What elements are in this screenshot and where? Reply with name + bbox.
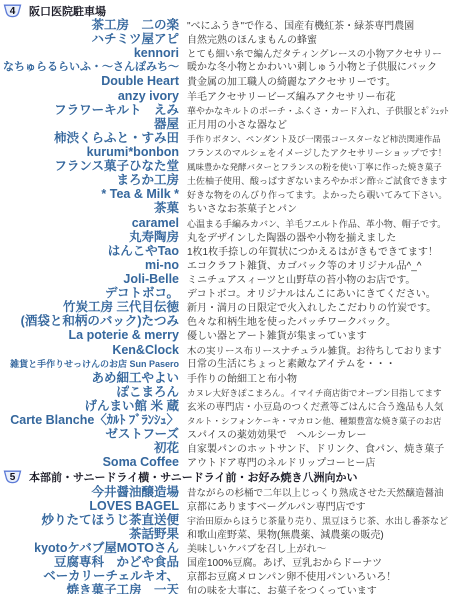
vendor-row: Double Heart 貴金属の加工職人の綺麗なアクセサリーです。	[3, 74, 449, 88]
vendor-rows: 茶工房 二の楽 "べにふうき"で作る、国産有機紅茶・緑茶専門農園 ハチミツ屋アピ…	[3, 18, 449, 470]
vendor-name: げんまい館 米 蔵	[3, 399, 179, 413]
vendor-name: Soma Coffee	[3, 455, 179, 469]
vendor-row: anzy ivory 羊毛アクセサリービーズ編みアクセサリー布花	[3, 89, 449, 103]
vendor-description: 新月・満月の日限定で火入れしたこだわりの竹炭です。	[187, 302, 436, 316]
vendor-description: 1枚1枚手捺しの年賀状につかえるはがきもできてます！	[187, 246, 438, 260]
vendor-name: 柿渋くらふと・すみ田	[3, 131, 179, 145]
svg-text:5: 5	[10, 472, 16, 483]
vendor-description: ミニチュアスィーツと山野草の苔小物のお店です。	[187, 274, 415, 288]
vendor-name: 茶菓	[3, 201, 179, 215]
vendor-row: なちゅらるらいふ・～さんぽみち～ 暖かな冬小物とかわいい刺しゅう小物と子供服にバ…	[3, 60, 449, 74]
section-header: 4 阪口医院駐車場	[3, 3, 449, 18]
vendor-description: 優しい器とアート雑貨が集まっています	[187, 330, 367, 344]
vendor-section-4: 4 阪口医院駐車場 茶工房 二の楽 "べにふうき"で作る、国産有機紅茶・緑茶専門…	[3, 3, 449, 470]
section-title: 阪口医院駐車場	[29, 3, 106, 19]
vendor-name: kurumi*bonbon	[3, 145, 179, 159]
vendor-description: 美味しいケバブを召し上がれ～	[187, 543, 326, 557]
vendor-row: ベーカリーチェルキオ、 京都お豆腐メロンパン卵不使用パンいろいろ！	[3, 569, 449, 583]
vendor-row: 雑貨と手作りせっけんのお店 Sun Pasero 日常の生活にちょっと素敵なアイ…	[3, 357, 449, 371]
vendor-row: 茶菓 ちいさなお茶菓子とパン	[3, 201, 449, 215]
vendor-name: 炒りたてほうじ茶直送便	[3, 513, 179, 527]
vendor-row: kurumi*bonbon フランスのマルシェをイメージしたアクセサリーショップ…	[3, 145, 449, 159]
section-title: 本部前・サニードライ横・サニードライ前・お好み焼き八洲向かい	[29, 469, 357, 485]
vendor-name: フランス菓子ひなた堂	[3, 159, 179, 173]
vendor-row: caramel 心温まる手編みカバン、羊毛フエルト作品、革小物、帽子です。	[3, 216, 449, 230]
vendor-row: 豆腐専科 かどや食品 国産100%豆腐。あげ、豆乳おからドーナツ	[3, 555, 449, 569]
vendor-description: 風味豊かな発酵バターとフランスの粉を使い丁寧に作った焼き菓子	[187, 160, 442, 174]
vendor-row: Joli-Belle ミニチュアスィーツと山野草の苔小物のお店です。	[3, 272, 449, 286]
vendor-row: フランス菓子ひなた堂 風味豊かな発酵バターとフランスの粉を使い丁寧に作った焼き菓…	[3, 159, 449, 173]
vendor-description: 華やかなキルトのポーチ・ふくさ・カード入れ、子供服とﾎﾟｼｪｯﾄ	[187, 104, 448, 118]
vendor-description: 旬の味を大事に、お菓子をつくっています	[187, 585, 377, 594]
vendor-row: 茶話野果 和歌山産野菜、果物(無農薬、減農薬の販売)	[3, 527, 449, 541]
vendor-name: kennori	[3, 46, 179, 60]
vendor-name: caramel	[3, 216, 179, 230]
vendor-row: デコトボコ。 デコトボコ。オリジナルはんこにあいにきてください。	[3, 286, 449, 300]
vendor-rows: 今井醤油醸造場 昔ながらの杉桶で二年以上じっくり熟成させた天然醸造醤油 LOVE…	[3, 485, 449, 594]
vendor-row: ゼストフーズ スパイスの薬効効果で ヘルシーカレー	[3, 427, 449, 441]
vendor-row: 柿渋くらふと・すみ田 手作りボタン、ペンダント及び一閑張コースターなど柿渋関連作…	[3, 131, 449, 145]
vendor-description: 自家製パンのホットサンド、ドリンク、食パン、焼き菓子	[187, 443, 444, 457]
vendor-description: "べにふうき"で作る、国産有機紅茶・緑茶専門農園	[187, 20, 414, 34]
vendor-description: 丸をデザインした陶器の器や小物を揃えました	[187, 232, 396, 246]
vendor-name: 茶話野果	[3, 527, 179, 541]
vendor-row: mi-no エコクラフト雑貨、カゴバック等のオリジナル品^_^	[3, 258, 449, 272]
vendor-description: エコクラフト雑貨、カゴバック等のオリジナル品^_^	[187, 260, 421, 274]
vendor-row: 炒りたてほうじ茶直送便 宇治田原からほうじ茶量り売り、黒豆ほうじ茶、水出し番茶な…	[3, 513, 449, 527]
vendor-description: タルト・シフォンケーキ・マカロン他、種類豊富な焼き菓子のお店	[187, 414, 441, 428]
vendor-name: La poterie & merry	[3, 328, 179, 342]
vendor-section-5: 5 本部前・サニードライ横・サニードライ前・お好み焼き八洲向かい 今井醤油醸造場…	[3, 470, 449, 594]
vendor-row: 茶工房 二の楽 "べにふうき"で作る、国産有機紅茶・緑茶専門農園	[3, 18, 449, 32]
vendor-row: あめ細工やよい 手作りの飴細工と布小物	[3, 371, 449, 385]
vendor-name: Double Heart	[3, 74, 179, 88]
vendor-description: 宇治田原からほうじ茶量り売り、黒豆ほうじ茶、水出し番茶など	[187, 514, 448, 528]
section-header: 5 本部前・サニードライ横・サニードライ前・お好み焼き八洲向かい	[3, 470, 449, 485]
svg-text:4: 4	[10, 6, 16, 17]
vendor-name: ゼストフーズ	[3, 427, 179, 441]
vendor-name: まろか工房	[3, 173, 179, 187]
vendor-row: ぽこまろん カヌレ大好きぽこまろん。イマイチ商店街でオープン目指してます	[3, 385, 449, 399]
vendor-description: 京都にありますベーグルパン専門店です	[187, 501, 366, 515]
vendor-row: まろか工房 土佐柚子使用、酸っぱすぎないまろやかポン酢☆ご試食できます	[3, 173, 449, 187]
vendor-description: スパイスの薬効効果で ヘルシーカレー	[187, 429, 366, 443]
vendor-name: 器屋	[3, 117, 179, 131]
vendor-row: げんまい館 米 蔵 玄米の専門店・小豆島のつくだ煮等ごはんに合う逸品も人気	[3, 399, 449, 413]
vendor-name: はんこやTao	[3, 244, 179, 258]
vendor-name: 竹炭工房 三代目伝徳	[3, 300, 179, 314]
vendor-description: 心温まる手編みカバン、羊毛フエルト作品、革小物、帽子です。	[187, 217, 446, 231]
vendor-name: kyotoケバブ屋MOTOさん	[3, 541, 179, 555]
vendor-name: LOVES BAGEL	[3, 499, 179, 513]
vendor-row: 器屋 正月用の小さな器など	[3, 117, 449, 131]
vendor-description: とても細い糸で編んだタティングレースの小物アクセサリー	[187, 48, 442, 62]
vendor-name: 雑貨と手作りせっけんのお店 Sun Pasero	[3, 357, 179, 371]
vendor-description: 正月用の小さな器など	[187, 119, 287, 133]
vendor-description: 土佐柚子使用、酸っぱすぎないまろやかポン酢☆ご試食できます	[187, 174, 447, 188]
vendor-row: 竹炭工房 三代目伝徳 新月・満月の日限定で火入れしたこだわりの竹炭です。	[3, 300, 449, 314]
vendor-description: 自然完熟のほんまもんの蜂蜜	[187, 34, 317, 48]
vendor-name: Joli-Belle	[3, 272, 179, 286]
vendor-description: 手作りの飴細工と布小物	[187, 373, 297, 387]
vendor-row: 今井醤油醸造場 昔ながらの杉桶で二年以上じっくり熟成させた天然醸造醤油	[3, 485, 449, 499]
vendor-row: フラワーキルト えみ 華やかなキルトのポーチ・ふくさ・カード入れ、子供服とﾎﾟｼ…	[3, 103, 449, 117]
vendor-name: * Tea & Milk *	[3, 187, 179, 201]
vendor-description: 好きな物をのんびり作ってます。よかったら覗いてみて下さい。	[187, 188, 447, 202]
vendor-name: 焼き菓子工房 一天	[3, 583, 179, 594]
vendor-name: ハチミツ屋アピ	[3, 32, 179, 46]
vendor-description: 羊毛アクセサリービーズ編みアクセサリー布花	[187, 91, 396, 105]
vendor-row: はんこやTao 1枚1枚手捺しの年賀状につかえるはがきもできてます！	[3, 244, 449, 258]
vendor-description: 色々な和柄生地を使ったパッチワークバック。	[187, 316, 396, 330]
vendor-name: デコトボコ。	[3, 286, 179, 300]
vendor-description: 玄米の専門店・小豆島のつくだ煮等ごはんに合う逸品も人気	[187, 401, 444, 415]
vendor-row: 初花 自家製パンのホットサンド、ドリンク、食パン、焼き菓子	[3, 441, 449, 455]
vendor-row: LOVES BAGEL 京都にありますベーグルパン専門店です	[3, 499, 449, 513]
vendor-row: (酒袋と和柄のバック)たつみ 色々な和柄生地を使ったパッチワークバック。	[3, 314, 449, 328]
vendor-row: Soma Coffee アウトドア専門のネルドリップコーヒー店	[3, 455, 449, 469]
vendor-row: Ken&Clock 木の実リース布リースナチュラル雑貨。お待ちしております	[3, 343, 449, 357]
vendor-description: 日常の生活にちょっと素敵なアイテムを・・・	[187, 358, 396, 372]
vendor-list-page: 4 阪口医院駐車場 茶工房 二の楽 "べにふうき"で作る、国産有機紅茶・緑茶専門…	[0, 0, 450, 594]
vendor-description: カヌレ大好きぽこまろん。イマイチ商店街でオープン目指してます	[187, 386, 442, 400]
vendor-row: La poterie & merry 優しい器とアート雑貨が集まっています	[3, 328, 449, 342]
vendor-row: * Tea & Milk * 好きな物をのんびり作ってます。よかったら覗いてみて…	[3, 187, 449, 201]
vendor-description: 和歌山産野菜、果物(無農薬、減農薬の販売)	[187, 529, 384, 543]
vendor-name: 今井醤油醸造場	[3, 485, 179, 499]
vendor-name: 豆腐専科 かどや食品	[3, 555, 179, 569]
section-number-marker-icon: 5	[3, 470, 22, 484]
vendor-description: 木の実リース布リースナチュラル雑貨。お待ちしております	[187, 345, 442, 359]
vendor-name: anzy ivory	[3, 89, 179, 103]
vendor-row: kyotoケバブ屋MOTOさん 美味しいケバブを召し上がれ～	[3, 541, 449, 555]
vendor-description: デコトボコ。オリジナルはんこにあいにきてください。	[187, 288, 436, 302]
vendor-row: 丸寿陶房 丸をデザインした陶器の器や小物を揃えました	[3, 230, 449, 244]
vendor-description: 貴金属の加工職人の綺麗なアクセサリーです。	[187, 76, 396, 90]
vendor-description: 国産100%豆腐。あげ、豆乳おからドーナツ	[187, 557, 382, 571]
vendor-name: Ken&Clock	[3, 343, 179, 357]
vendor-row: ハチミツ屋アピ 自然完熟のほんまもんの蜂蜜	[3, 32, 449, 46]
vendor-description: 暖かな冬小物とかわいい刺しゅう小物と子供服にバック	[187, 61, 437, 75]
vendor-row: Carte Blanche〈ｶﾙﾄ ﾌﾞﾗﾝｼｭ〉 タルト・シフォンケーキ・マカ…	[3, 413, 449, 427]
vendor-description: 京都お豆腐メロンパン卵不使用パンいろいろ！	[187, 571, 396, 585]
vendor-name: ベーカリーチェルキオ、	[3, 569, 179, 583]
section-number-marker-icon: 4	[3, 4, 22, 18]
vendor-name: 丸寿陶房	[3, 230, 179, 244]
vendor-name: なちゅらるらいふ・～さんぽみち～	[3, 60, 179, 74]
vendor-name: ぽこまろん	[3, 385, 179, 399]
vendor-name: あめ細工やよい	[3, 371, 179, 385]
vendor-description: 手作りボタン、ペンダント及び一閑張コースターなど柿渋関連作品	[187, 132, 441, 146]
vendor-name: 初花	[3, 441, 179, 455]
vendor-description: 昔ながらの杉桶で二年以上じっくり熟成させた天然醸造醤油	[187, 487, 444, 501]
vendor-name: フラワーキルト えみ	[3, 103, 179, 117]
vendor-name: 茶工房 二の楽	[3, 18, 179, 32]
vendor-description: フランスのマルシェをイメージしたアクセサリーショップです！	[187, 146, 447, 160]
vendor-description: ちいさなお茶菓子とパン	[187, 203, 297, 217]
vendor-name: mi-no	[3, 258, 179, 272]
vendor-row: kennori とても細い糸で編んだタティングレースの小物アクセサリー	[3, 46, 449, 60]
vendor-name: (酒袋と和柄のバック)たつみ	[3, 314, 179, 328]
vendor-name: Carte Blanche〈ｶﾙﾄ ﾌﾞﾗﾝｼｭ〉	[3, 413, 179, 427]
